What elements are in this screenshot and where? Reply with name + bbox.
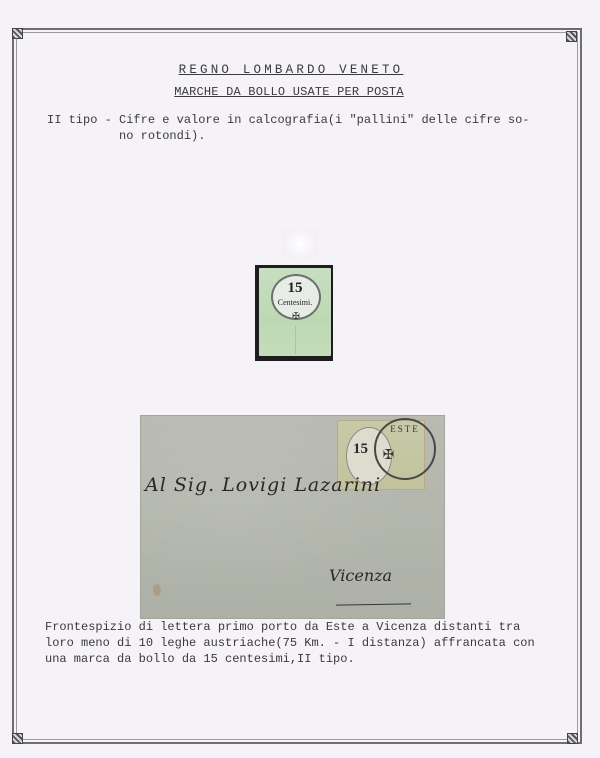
stamp-value: 15 — [259, 280, 331, 297]
description-line: no rotondi). — [47, 129, 205, 143]
cover-stamp-value: 15 — [353, 441, 368, 458]
description-line: II tipo - Cifre e valore in calcografia(… — [47, 113, 529, 127]
letter-front-cover: 15 ✠ ESTE Al Sig. Lovigi Lazarini Vicenz… — [141, 416, 444, 618]
corner-ornament-icon — [12, 28, 23, 39]
handwritten-addressee: Al Sig. Lovigi Lazarini — [145, 474, 381, 496]
paper-stain — [153, 584, 161, 596]
postmark-text: ESTE — [376, 424, 434, 434]
stamp-unit: Centesimi. — [259, 298, 331, 307]
corner-ornament-icon — [567, 733, 578, 744]
corner-ornament-icon — [566, 31, 577, 42]
album-page: REGNO LOMBARDO VENETO MARCHE DA BOLLO US… — [0, 0, 600, 758]
postmark-cancel: ESTE — [374, 418, 436, 480]
stamp-guilloche-line — [295, 326, 296, 354]
caption-line: loro meno di 10 leghe austriache(75 Km. … — [45, 636, 535, 650]
revenue-stamp: 15 Centesimi. ✠ — [259, 268, 331, 356]
page-subtitle: MARCHE DA BOLLO USATE PER POSTA — [0, 85, 578, 99]
caption-line: Frontespizio di lettera primo porto da E… — [45, 620, 520, 634]
corner-ornament-icon — [12, 733, 23, 744]
double-headed-eagle-icon: ✠ — [289, 310, 303, 322]
page-title: REGNO LOMBARDO VENETO — [0, 63, 572, 77]
caption-line: una marca da bollo da 15 centesimi,II ti… — [45, 652, 355, 666]
type-description: II tipo - Cifre e valore in calcografia(… — [47, 112, 567, 144]
handwritten-city: Vicenza — [329, 566, 392, 585]
hinge-mark — [282, 228, 318, 260]
cover-caption: Frontespizio di lettera primo porto da E… — [45, 619, 575, 667]
underline-flourish — [336, 603, 411, 605]
